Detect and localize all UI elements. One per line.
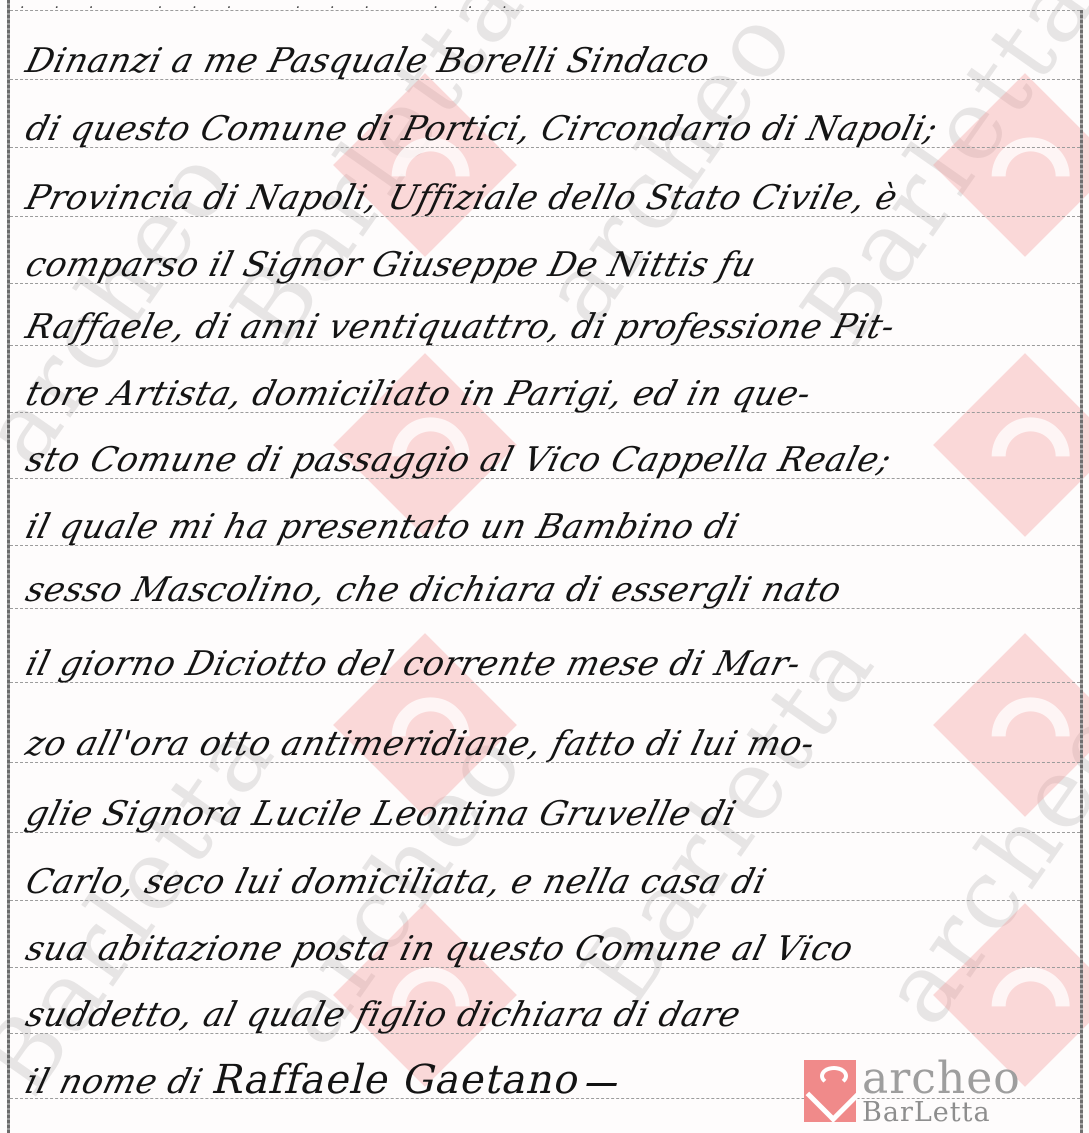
archeo-barletta-logo: archeo BarLetta [804, 1055, 1054, 1127]
cut-off-previous-line: ... ... ... ... [20, 0, 1070, 10]
logo-text-bottom: BarLetta [862, 1099, 1021, 1126]
handwritten-line: Raffaele, di anni ventiquattro, di profe… [20, 300, 1089, 354]
handwritten-line: zo all'ora otto antimeridiane, fatto di … [20, 717, 1089, 771]
handwritten-line: sto Comune di passaggio al Vico Cappella… [20, 433, 1089, 487]
handwritten-line: sua abitazione posta in questo Comune al… [20, 922, 1089, 976]
handwritten-line: Carlo, seco lui domiciliata, e nella cas… [20, 855, 1089, 909]
handwritten-line: sesso Mascolino, che dichiara di essergl… [20, 563, 1089, 617]
left-margin-line [7, 0, 10, 1133]
scanned-document-page: archeo Barletta archeo Barletta Barletta… [0, 0, 1089, 1133]
handwritten-line: tore Artista, domiciliato in Parigi, ed … [20, 367, 1089, 421]
handwritten-line: il giorno Diciotto del corrente mese di … [20, 637, 1089, 691]
archeo-figure-icon [804, 1060, 856, 1122]
handwritten-line: suddetto, al quale figlio dichiara di da… [20, 988, 1089, 1042]
handwritten-line: di questo Comune di Portici, Circondario… [20, 102, 1089, 156]
closing-dash [587, 1083, 618, 1086]
handwritten-line: il quale mi ha presentato un Bambino di [20, 500, 1089, 554]
logo-text-top: archeo [862, 1057, 1021, 1101]
handwritten-line: comparso il Signor Giuseppe De Nittis fu [20, 238, 1089, 292]
handwritten-line: Provincia di Napoli, Uffiziale dello Sta… [20, 171, 1089, 225]
handwritten-line: Dinanzi a me Pasquale Borelli Sindaco [20, 34, 1089, 88]
ruled-line [10, 10, 1080, 11]
child-name: Raffaele Gaetano [208, 1057, 586, 1103]
name-prefix: il nome di [21, 1062, 207, 1102]
handwritten-line: glie Signora Lucile Leontina Gruvelle di [20, 787, 1089, 841]
